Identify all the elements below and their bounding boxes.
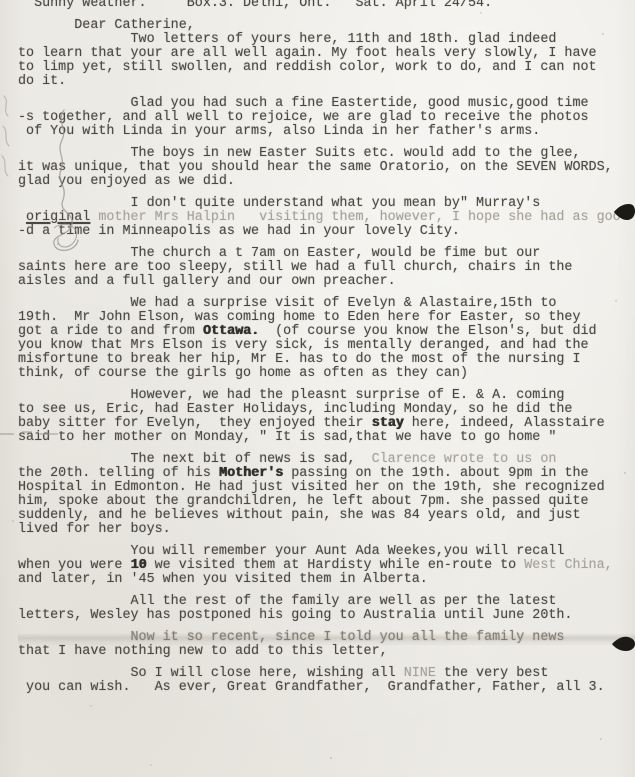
text-segment: misfortune to break her hip, Mr E. has t…	[18, 352, 581, 367]
letter-line: lived for her boys.	[18, 523, 635, 537]
letter-line: Two letters of yours here, 11th and 18th…	[18, 33, 635, 47]
text-segment: lived for her boys.	[18, 522, 171, 537]
letter-line: that I have nothing new to add to this l…	[18, 645, 635, 659]
paragraph: The church a t 7am on Easter, would be f…	[18, 247, 635, 289]
letter-line: Hospital in Edmonton. He had just visite…	[18, 481, 635, 495]
letter-line: aisles and a full gallery and our own pr…	[18, 275, 635, 289]
letter-line: The church a t 7am on Easter, would be f…	[18, 247, 635, 261]
paragraph: However, we had the pleasnt surprise of …	[18, 389, 635, 445]
letter-line: Glad you had such a fine Eastertide, goo…	[18, 97, 635, 111]
letter-line: do it.	[18, 75, 635, 89]
paragraph: Now it so recent, since I told you all t…	[18, 631, 635, 659]
paragraph: I don't quite understand what you mean b…	[18, 197, 635, 239]
letter-line: and later, in '45 when you visited them …	[18, 573, 635, 587]
letter-line: You will remember your Aunt Ada Weekes,y…	[18, 545, 635, 559]
paragraph: The next bit of news is sad, Clarence wr…	[18, 453, 635, 537]
letter-line: The next bit of news is sad, Clarence wr…	[18, 453, 635, 467]
text-segment: to limp yet, still swollen, and reddish …	[18, 60, 597, 75]
text-segment: Two letters of yours here, 11th and 18th…	[18, 32, 556, 47]
letter-line: it was unique, that you should hear the …	[18, 161, 635, 175]
text-segment: 10	[131, 558, 147, 573]
letter-line: when you were 10 we visited them at Hard…	[18, 559, 635, 573]
text-segment: Mother's	[219, 466, 283, 481]
text-segment: saints here are too sleepy, still we had…	[18, 260, 572, 275]
text-segment: aisles and a full gallery and our own pr…	[18, 274, 396, 289]
text-segment: to see us, Eric, had Easter Holidays, in…	[18, 402, 572, 417]
letter-line: letters, Wesley has postponed his going …	[18, 609, 635, 623]
letter-line: the 20th. telling of his Mother's passin…	[18, 467, 635, 481]
letter-line: you can wish. As ever, Great Grandfather…	[18, 681, 635, 695]
letter-line: to learn that your are all well again. M…	[18, 47, 635, 61]
text-segment: mother Mrs Halpin	[90, 210, 259, 225]
letter-line: 19th. Mr John Elson, was coming home to …	[18, 311, 635, 325]
text-segment: that I have nothing new to add to this l…	[18, 644, 388, 659]
text-segment: think, of course the girls go home as of…	[18, 366, 468, 381]
text-segment: to learn that your are all well again. M…	[18, 46, 597, 61]
letter-line: Now it so recent, since I told you all t…	[18, 631, 635, 645]
paragraph: Sunny weather. Box.3. Delhi, Ont. Sat. A…	[18, 0, 635, 11]
text-segment: said to her mother on Monday, " It is sa…	[18, 430, 556, 445]
text-segment: do it.	[18, 74, 66, 89]
letter-line: All the rest of the family are well as p…	[18, 595, 635, 609]
text-segment: The next bit of news is sad,	[18, 452, 372, 467]
letter-line: to see us, Eric, had Easter Holidays, in…	[18, 403, 635, 417]
text-segment: Hospital in Edmonton. He had just visite…	[18, 480, 605, 495]
text-segment: visiting them, however, I hope she had a…	[259, 210, 621, 225]
letter-scan: Sunny weather. Box.3. Delhi, Ont. Sat. A…	[0, 0, 635, 777]
paragraph: Dear Catherine, Two letters of yours her…	[18, 19, 635, 89]
letter-line: The boys in new Easter Suits etc. would …	[18, 147, 635, 161]
text-segment: -d a time in Minneapolis as we had in yo…	[18, 224, 460, 239]
letter-line: him, spoke about the grandchildren, he l…	[18, 495, 635, 509]
paragraph: We had a surprise visit of Evelyn & Alas…	[18, 297, 635, 381]
letter-line: you know that Mrs Elson is very sick, is…	[18, 339, 635, 353]
paper-specks	[0, 0, 2, 2]
letter-line: -s together, and all well to rejoice, we…	[18, 111, 635, 125]
text-segment	[18, 210, 26, 225]
letter-line: -d a time in Minneapolis as we had in yo…	[18, 225, 635, 239]
text-segment: I don't quite understand what you mean b…	[18, 196, 540, 211]
text-segment: the 20th. telling of his	[18, 466, 219, 481]
text-segment: 19th. Mr John Elson, was coming home to …	[18, 310, 581, 325]
text-segment: The boys in new Easter Suits etc. would …	[18, 146, 581, 161]
text-segment: Clarence wrote to us on	[372, 452, 557, 467]
letter-line: think, of course the girls go home as of…	[18, 367, 635, 381]
text-segment: We had a surprise visit of Evelyn & Alas…	[18, 296, 556, 311]
letter-line: baby sitter for Evelyn, they enjoyed the…	[18, 417, 635, 431]
text-segment: here, indeed, Alasstaire	[404, 416, 605, 431]
text-segment: West China,	[524, 558, 612, 573]
text-segment: him, spoke about the grandchildren, he l…	[18, 494, 589, 509]
letter-line: misfortune to break her hip, Mr E. has t…	[18, 353, 635, 367]
text-segment: the very best	[436, 666, 549, 681]
text-segment: it was unique, that you should hear the …	[18, 160, 613, 175]
letter-line: said to her mother on Monday, " It is sa…	[18, 431, 635, 445]
text-segment: stay	[372, 416, 404, 431]
text-segment: of You with Linda in your arms, also Lin…	[18, 124, 540, 139]
letter-line: suddenly, and he believes without pain, …	[18, 509, 635, 523]
text-segment: NINE	[404, 666, 436, 681]
text-segment: suddenly, and he believes without pain, …	[18, 508, 581, 523]
text-segment: (of course you know the Elson's, but did	[259, 324, 597, 339]
text-segment: So I will close here, wishing all	[18, 666, 404, 681]
letter-line: saints here are too sleepy, still we had…	[18, 261, 635, 275]
letter-line: I don't quite understand what you mean b…	[18, 197, 635, 211]
text-segment: You will remember your Aunt Ada Weekes,y…	[18, 544, 564, 559]
text-segment: when you were	[18, 558, 131, 573]
letter-line: to limp yet, still swollen, and reddish …	[18, 61, 635, 75]
letter-line: We had a surprise visit of Evelyn & Alas…	[18, 297, 635, 311]
letter-line: However, we had the pleasnt surprise of …	[18, 389, 635, 403]
text-segment: Ottawa.	[203, 324, 259, 339]
paragraph: All the rest of the family are well as p…	[18, 595, 635, 623]
text-segment: we visited them at Hardisty while en-rou…	[147, 558, 525, 573]
text-segment: you know that Mrs Elson is very sick, is…	[18, 338, 589, 353]
letter-body: Sunny weather. Box.3. Delhi, Ont. Sat. A…	[18, 0, 635, 695]
letter-line: of You with Linda in your arms, also Lin…	[18, 125, 635, 139]
text-segment: -s together, and all well to rejoice, we…	[18, 110, 589, 125]
text-segment: All the rest of the family are well as p…	[18, 594, 556, 609]
text-segment: baby sitter for Evelyn, they enjoyed the…	[18, 416, 372, 431]
letter-line: So I will close here, wishing all NINE t…	[18, 667, 635, 681]
letter-line: got a ride to and from Ottawa. (of cours…	[18, 325, 635, 339]
paragraph: Glad you had such a fine Eastertide, goo…	[18, 97, 635, 139]
paragraph: So I will close here, wishing all NINE t…	[18, 667, 635, 695]
text-segment: and later, in '45 when you visited them …	[18, 572, 428, 587]
text-segment: you can wish. As ever, Great Grandfather…	[18, 680, 605, 695]
letter-line: Dear Catherine,	[18, 19, 635, 33]
text-segment: letters, Wesley has postponed his going …	[18, 608, 572, 623]
text-segment: glad you enjoyed as we did.	[18, 174, 235, 189]
letter-line: Sunny weather. Box.3. Delhi, Ont. Sat. A…	[18, 0, 635, 11]
paragraph: You will remember your Aunt Ada Weekes,y…	[18, 545, 635, 587]
text-segment: However, we had the pleasnt surprise of …	[18, 388, 564, 403]
letter-line: original mother Mrs Halpin visiting them…	[18, 211, 635, 225]
text-segment: Now it so recent, since I told you all t…	[18, 630, 564, 645]
text-segment: Sunny weather. Box.3. Delhi, Ont. Sat. A…	[18, 0, 492, 11]
text-segment: original	[26, 210, 90, 225]
text-segment: Dear Catherine,	[18, 18, 195, 33]
text-segment: Glad you had such a fine Eastertide, goo…	[18, 96, 589, 111]
text-segment: passing on the 19th. about 9pm in the	[283, 466, 588, 481]
paragraph: The boys in new Easter Suits etc. would …	[18, 147, 635, 189]
text-segment: The church a t 7am on Easter, would be f…	[18, 246, 540, 261]
text-segment: got a ride to and from	[18, 324, 203, 339]
letter-line: glad you enjoyed as we did.	[18, 175, 635, 189]
